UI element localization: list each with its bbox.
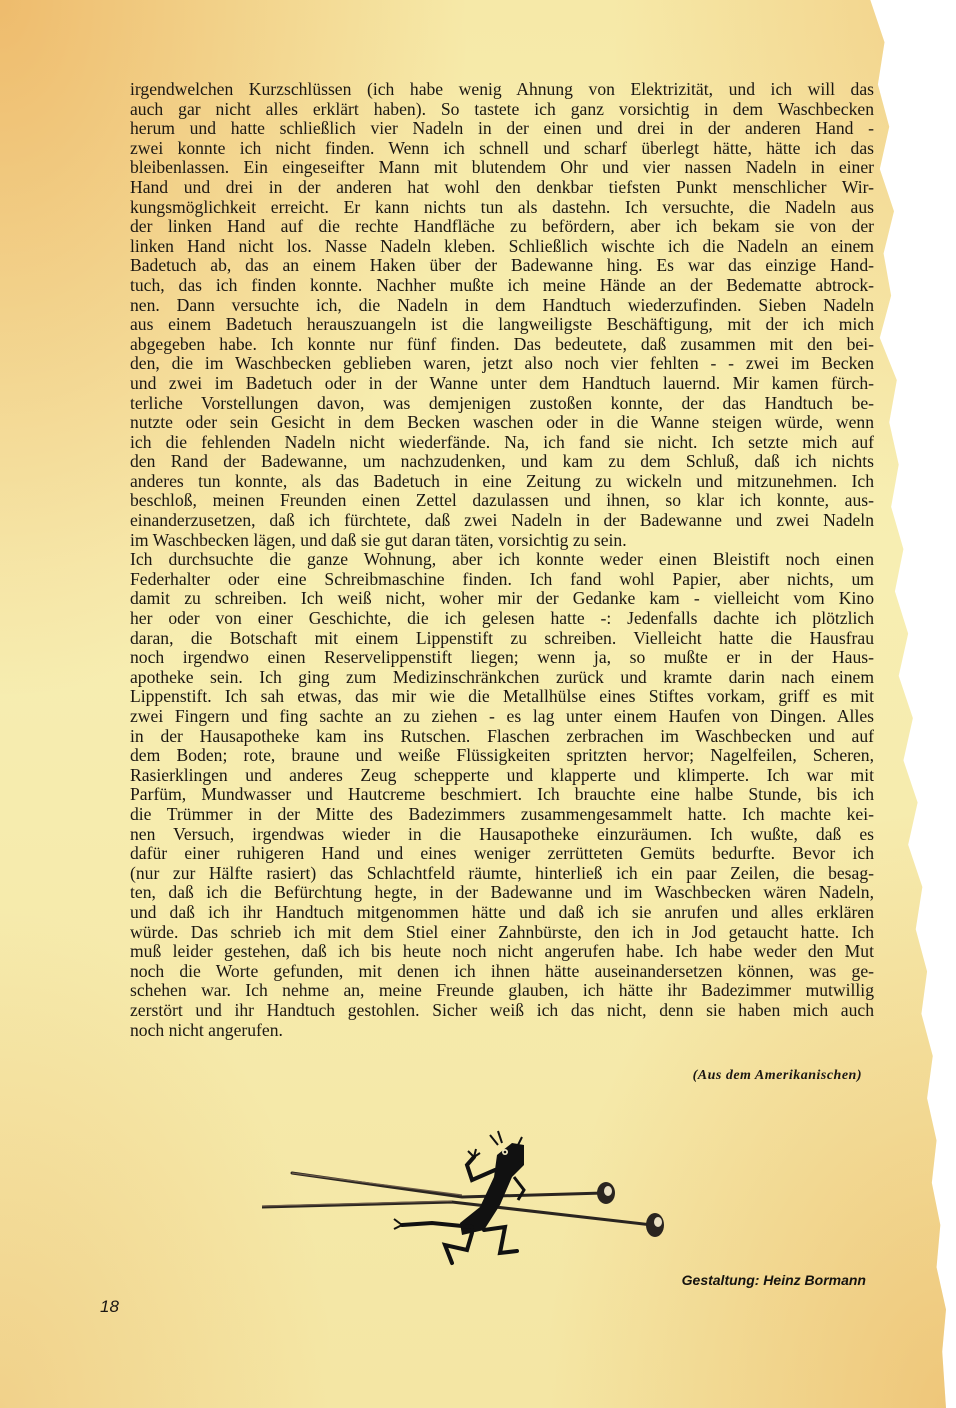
article-body: irgendwelchen Kurzschlüssen (ich habe we… xyxy=(130,80,874,1040)
article-line: im Waschbecken lägen, und daß sie gut da… xyxy=(130,531,874,551)
article-line: nen. Dann versuchte ich, die Nadeln in d… xyxy=(130,296,874,316)
article-line: herum und hatte schließlich vier Nadeln … xyxy=(130,119,874,139)
article-line: würde. Das schrieb ich mit dem Stiel ein… xyxy=(130,923,874,943)
article-line: zerstört und ihr Handtuch gestohlen. Sic… xyxy=(130,1001,874,1021)
page-number: 18 xyxy=(100,1297,119,1317)
article-line: die Trümmer in der Mitte des Badezimmers… xyxy=(130,805,874,825)
article-line: ten, daß ich die Befürchtung hegte, in d… xyxy=(130,883,874,903)
article-line: anderes tun konnte, als das Badetuch in … xyxy=(130,472,874,492)
article-line: Hand und drei in der anderen hat wohl de… xyxy=(130,178,874,198)
article-line: (nur zur Hälfte rasiert) das Schlachtfel… xyxy=(130,864,874,884)
article-line: kungsmöglichkeit erreicht. Er kann nicht… xyxy=(130,198,874,218)
article-line: Lippenstift. Ich sah etwas, das mir wie … xyxy=(130,687,874,707)
article-line: zwei konnte ich nicht finden. Wenn ich s… xyxy=(130,139,874,159)
needle-figure-illustration-icon xyxy=(262,1115,682,1285)
article-line: damit zu schreiben. Ich weiß nicht, wohe… xyxy=(130,589,874,609)
article-line: nen Versuch, irgendwas wieder in die Hau… xyxy=(130,825,874,845)
article-line: bleibenlassen. Ein eingeseifter Mann mit… xyxy=(130,158,874,178)
design-credit: Gestaltung: Heinz Bormann xyxy=(640,1272,866,1288)
article-line: und daß ich ihr Handtuch mitgenommen hät… xyxy=(130,903,874,923)
article-line: Badetuch ab, das an einem Haken über der… xyxy=(130,256,874,276)
article-line: abgegeben habe. Ich konnte nur fünf find… xyxy=(130,335,874,355)
article-line: schehen war. Ich nehme an, meine Freunde… xyxy=(130,981,874,1001)
article-line: dem Boden; rote, braune und weiße Flüssi… xyxy=(130,746,874,766)
article-line: und zwei im Badetuch oder in der Wanne u… xyxy=(130,374,874,394)
article-line: Federhalter oder eine Schreibmaschine fi… xyxy=(130,570,874,590)
article-line: daran, die Botschaft mit einem Lippensti… xyxy=(130,629,874,649)
article-line: der linken Hand auf die rechte Handfläch… xyxy=(130,217,874,237)
article-line: noch die Worte gefunden, mit denen ich i… xyxy=(130,962,874,982)
article-line: Rasierklingen und anderes Zeug scheppert… xyxy=(130,766,874,786)
article-line: Ich durchsuchte die ganze Wohnung, aber … xyxy=(130,550,874,570)
article-line: noch irgendwo einen Reservelippenstift l… xyxy=(130,648,874,668)
article-line: zwei Fingern und fing sachte an zu ziehe… xyxy=(130,707,874,727)
article-line: aus einem Badetuch herauszuangeln ist di… xyxy=(130,315,874,335)
article-line: her oder von einer Geschichte, die ich g… xyxy=(130,609,874,629)
article-line: apotheke sein. Ich ging zum Medizinschrä… xyxy=(130,668,874,688)
article-line: muß leider gestehen, daß ich bis heute n… xyxy=(130,942,874,962)
article-line: noch nicht angerufen. xyxy=(130,1021,874,1041)
translation-attribution: (Aus dem Amerikanischen) xyxy=(600,1068,862,1084)
magazine-page: irgendwelchen Kurzschlüssen (ich habe we… xyxy=(0,0,946,1408)
article-line: den Rand der Badewanne, um nachzudenken,… xyxy=(130,452,874,472)
article-line: in der Hausapotheke kam ins Rutschen. Fl… xyxy=(130,727,874,747)
article-line: linken Hand nicht los. Nasse Nadeln kleb… xyxy=(130,237,874,257)
article-line: ich die fehlenden Nadeln nicht wiederfän… xyxy=(130,433,874,453)
article-line: nutzte oder sein Gesicht in dem Becken w… xyxy=(130,413,874,433)
article-line: irgendwelchen Kurzschlüssen (ich habe we… xyxy=(130,80,874,100)
article-line: beschloß, meinen Freunden einen Zettel d… xyxy=(130,491,874,511)
article-line: Parfüm, Mundwasser und Hautcreme beschmi… xyxy=(130,785,874,805)
article-line: terliche Vorstellungen davon, was demjen… xyxy=(130,394,874,414)
article-line: dafür einer ruhigeren Hand und eines wen… xyxy=(130,844,874,864)
article-line: den, die im Waschbecken geblieben waren,… xyxy=(130,354,874,374)
article-line: tuch, das ich finden konnte. Nachher muß… xyxy=(130,276,874,296)
article-line: auch gar nicht alles erklärt haben). So … xyxy=(130,100,874,120)
article-line: einanderzusetzen, daß ich fürchtete, daß… xyxy=(130,511,874,531)
